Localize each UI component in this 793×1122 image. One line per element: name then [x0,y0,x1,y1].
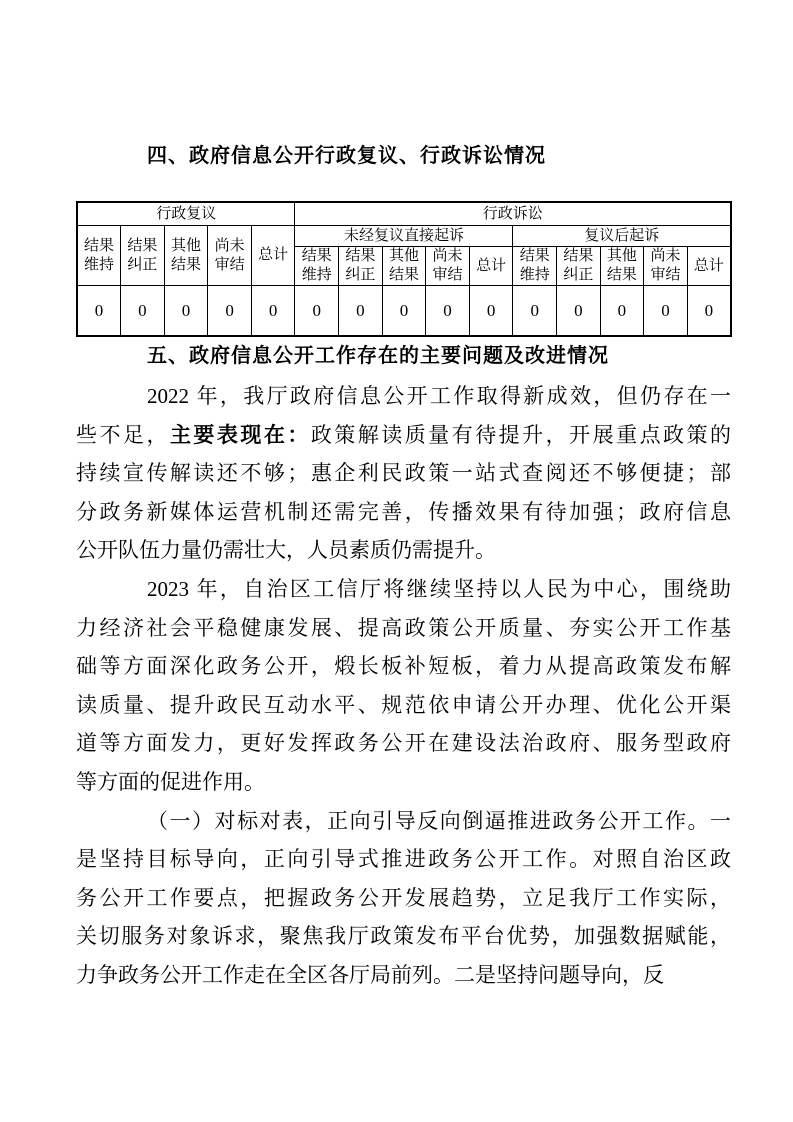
text-line: 力争政务公开工作走在全区各厅局前列。二是坚持问题导向，反 [76,956,731,995]
text-run: 读质量、提升政民互动水平、规范依申请公开办理、优化公开渠 [76,693,731,717]
text-line: 分政务新媒体运营机制还需完善，传播效果有待加强；政府信息 [76,493,731,532]
text-run: 础等方面深化政务公开，煅长板补短板，着力从提高政策发布解 [76,654,731,678]
value-cell: 0 [339,286,383,337]
column-header: 总计 [687,247,731,286]
text-line: （一）对标对表，正向引导反向倒逼推进政务公开工作。一 [76,802,731,841]
text-run: 持续宣传解读还不够；惠企利民政策一站式查阅还不够便捷；部 [76,461,731,485]
text-line: 力经济社会平稳健康发展、提高政策公开质量、夯实公开工作基 [76,609,731,648]
value-cell: 0 [121,286,165,337]
column-header: 结果 纠正 [557,247,601,286]
subgroup-header-direct-suit: 未经复议直接起诉 [295,226,513,247]
value-cell: 0 [208,286,252,337]
text-run: 道等方面发力，更好发挥政务公开在建设法治政府、服务型政府 [76,731,731,755]
subgroup-header-after-review-suit: 复议后起诉 [513,226,731,247]
column-header: 尚未 审结 [208,226,252,286]
section5-title: 五、政府信息公开工作存在的主要问题及改进情况 [76,342,732,368]
text-run: 公开队伍力量仍需壮大，人员素质仍需提升。 [76,538,496,562]
value-cell: 0 [382,286,426,337]
column-header: 结果 纠正 [121,226,165,286]
value-cell: 0 [164,286,208,337]
text-line: 道等方面发力，更好发挥政务公开在建设法治政府、服务型政府 [76,724,731,763]
column-header: 结果 纠正 [339,247,383,286]
text-run: 力经济社会平稳健康发展、提高政策公开质量、夯实公开工作基 [76,616,731,640]
text-line: 等方面的促进作用。 [76,763,731,802]
text-run: 关切服务对象诉求，聚焦我厅政策发布平台优势，加强数据赋能， [76,924,731,948]
group-header-review: 行政复议 [77,202,295,226]
text-line: 2022 年，我厅政府信息公开工作取得新成效，但仍存在一 [76,377,731,416]
table-subgroup-header-row: 结果 维持 结果 纠正 其他 结果 尚未 审结 总计 未经复议直接起诉 复议后起… [77,226,731,247]
text-line: 是坚持目标导向，正向引导式推进政务公开工作。对照自治区政 [76,840,731,879]
text-line: 务公开工作要点，把握政务公开发展趋势，立足我厅工作实际， [76,879,731,918]
body-text: 2022 年，我厅政府信息公开工作取得新成效，但仍存在一些不足，主要表现在：政策… [76,377,731,995]
text-run: 些不足， [76,423,170,447]
text-run: 2022 年，我厅政府信息公开工作取得新成效，但仍存在一 [147,384,731,408]
value-cell: 0 [687,286,731,337]
value-cell: 0 [295,286,339,337]
text-line: 关切服务对象诉求，聚焦我厅政策发布平台优势，加强数据赋能， [76,917,731,956]
value-cell: 0 [644,286,688,337]
value-cell: 0 [426,286,470,337]
text-run: 是坚持目标导向，正向引导式推进政务公开工作。对照自治区政 [76,847,731,871]
column-header: 其他 结果 [164,226,208,286]
value-cell: 0 [557,286,601,337]
text-line: 公开队伍力量仍需壮大，人员素质仍需提升。 [76,531,731,570]
admin-review-litigation-table: 行政复议 行政诉讼 结果 维持 结果 纠正 其他 结果 尚未 审结 总计 未经复… [76,201,732,337]
group-header-litigation: 行政诉讼 [295,202,731,226]
column-header: 尚未 审结 [644,247,688,286]
section4-title: 四、政府信息公开行政复议、行政诉讼情况 [76,142,732,168]
value-cell: 0 [469,286,513,337]
value-cell: 0 [513,286,557,337]
column-header: 其他 结果 [382,247,426,286]
column-header: 总计 [469,247,513,286]
text-run: 分政务新媒体运营机制还需完善，传播效果有待加强；政府信息 [76,500,731,524]
text-line: 读质量、提升政民互动水平、规范依申请公开办理、优化公开渠 [76,686,731,725]
text-run: 2023 年，自治区工信厅将继续坚持以人民为中心，围绕助 [147,577,731,601]
text-line: 2023 年，自治区工信厅将继续坚持以人民为中心，围绕助 [76,570,731,609]
column-header: 结果 维持 [77,226,121,286]
column-header: 总计 [251,226,295,286]
value-cell: 0 [77,286,121,337]
text-run: 务公开工作要点，把握政务公开发展趋势，立足我厅工作实际， [76,886,731,910]
column-header: 结果 维持 [513,247,557,286]
column-header: 尚未 审结 [426,247,470,286]
text-line: 些不足，主要表现在：政策解读质量有待提升，开展重点政策的 [76,416,731,455]
text-run: 力争政务公开工作走在全区各厅局前列。二是坚持问题导向，反 [76,963,664,987]
table-data-row: 0 0 0 0 0 0 0 0 0 0 0 0 0 0 0 [77,286,731,337]
text-run: 等方面的促进作用。 [76,770,265,794]
bold-text-run: 主要表现在： [170,423,311,447]
value-cell: 0 [251,286,295,337]
text-line: 础等方面深化政务公开，煅长板补短板，着力从提高政策发布解 [76,647,731,686]
value-cell: 0 [600,286,644,337]
text-run: 政策解读质量有待提升，开展重点政策的 [311,423,731,447]
table-group-header-row: 行政复议 行政诉讼 [77,202,731,226]
text-line: 持续宣传解读还不够；惠企利民政策一站式查阅还不够便捷；部 [76,454,731,493]
column-header: 其他 结果 [600,247,644,286]
column-header: 结果 维持 [295,247,339,286]
report-page: 四、政府信息公开行政复议、行政诉讼情况 行政复议 行政诉讼 结果 维持 结果 纠… [0,0,793,1122]
text-run: （一）对标对表，正向引导反向倒逼推进政务公开工作。一 [147,809,731,833]
